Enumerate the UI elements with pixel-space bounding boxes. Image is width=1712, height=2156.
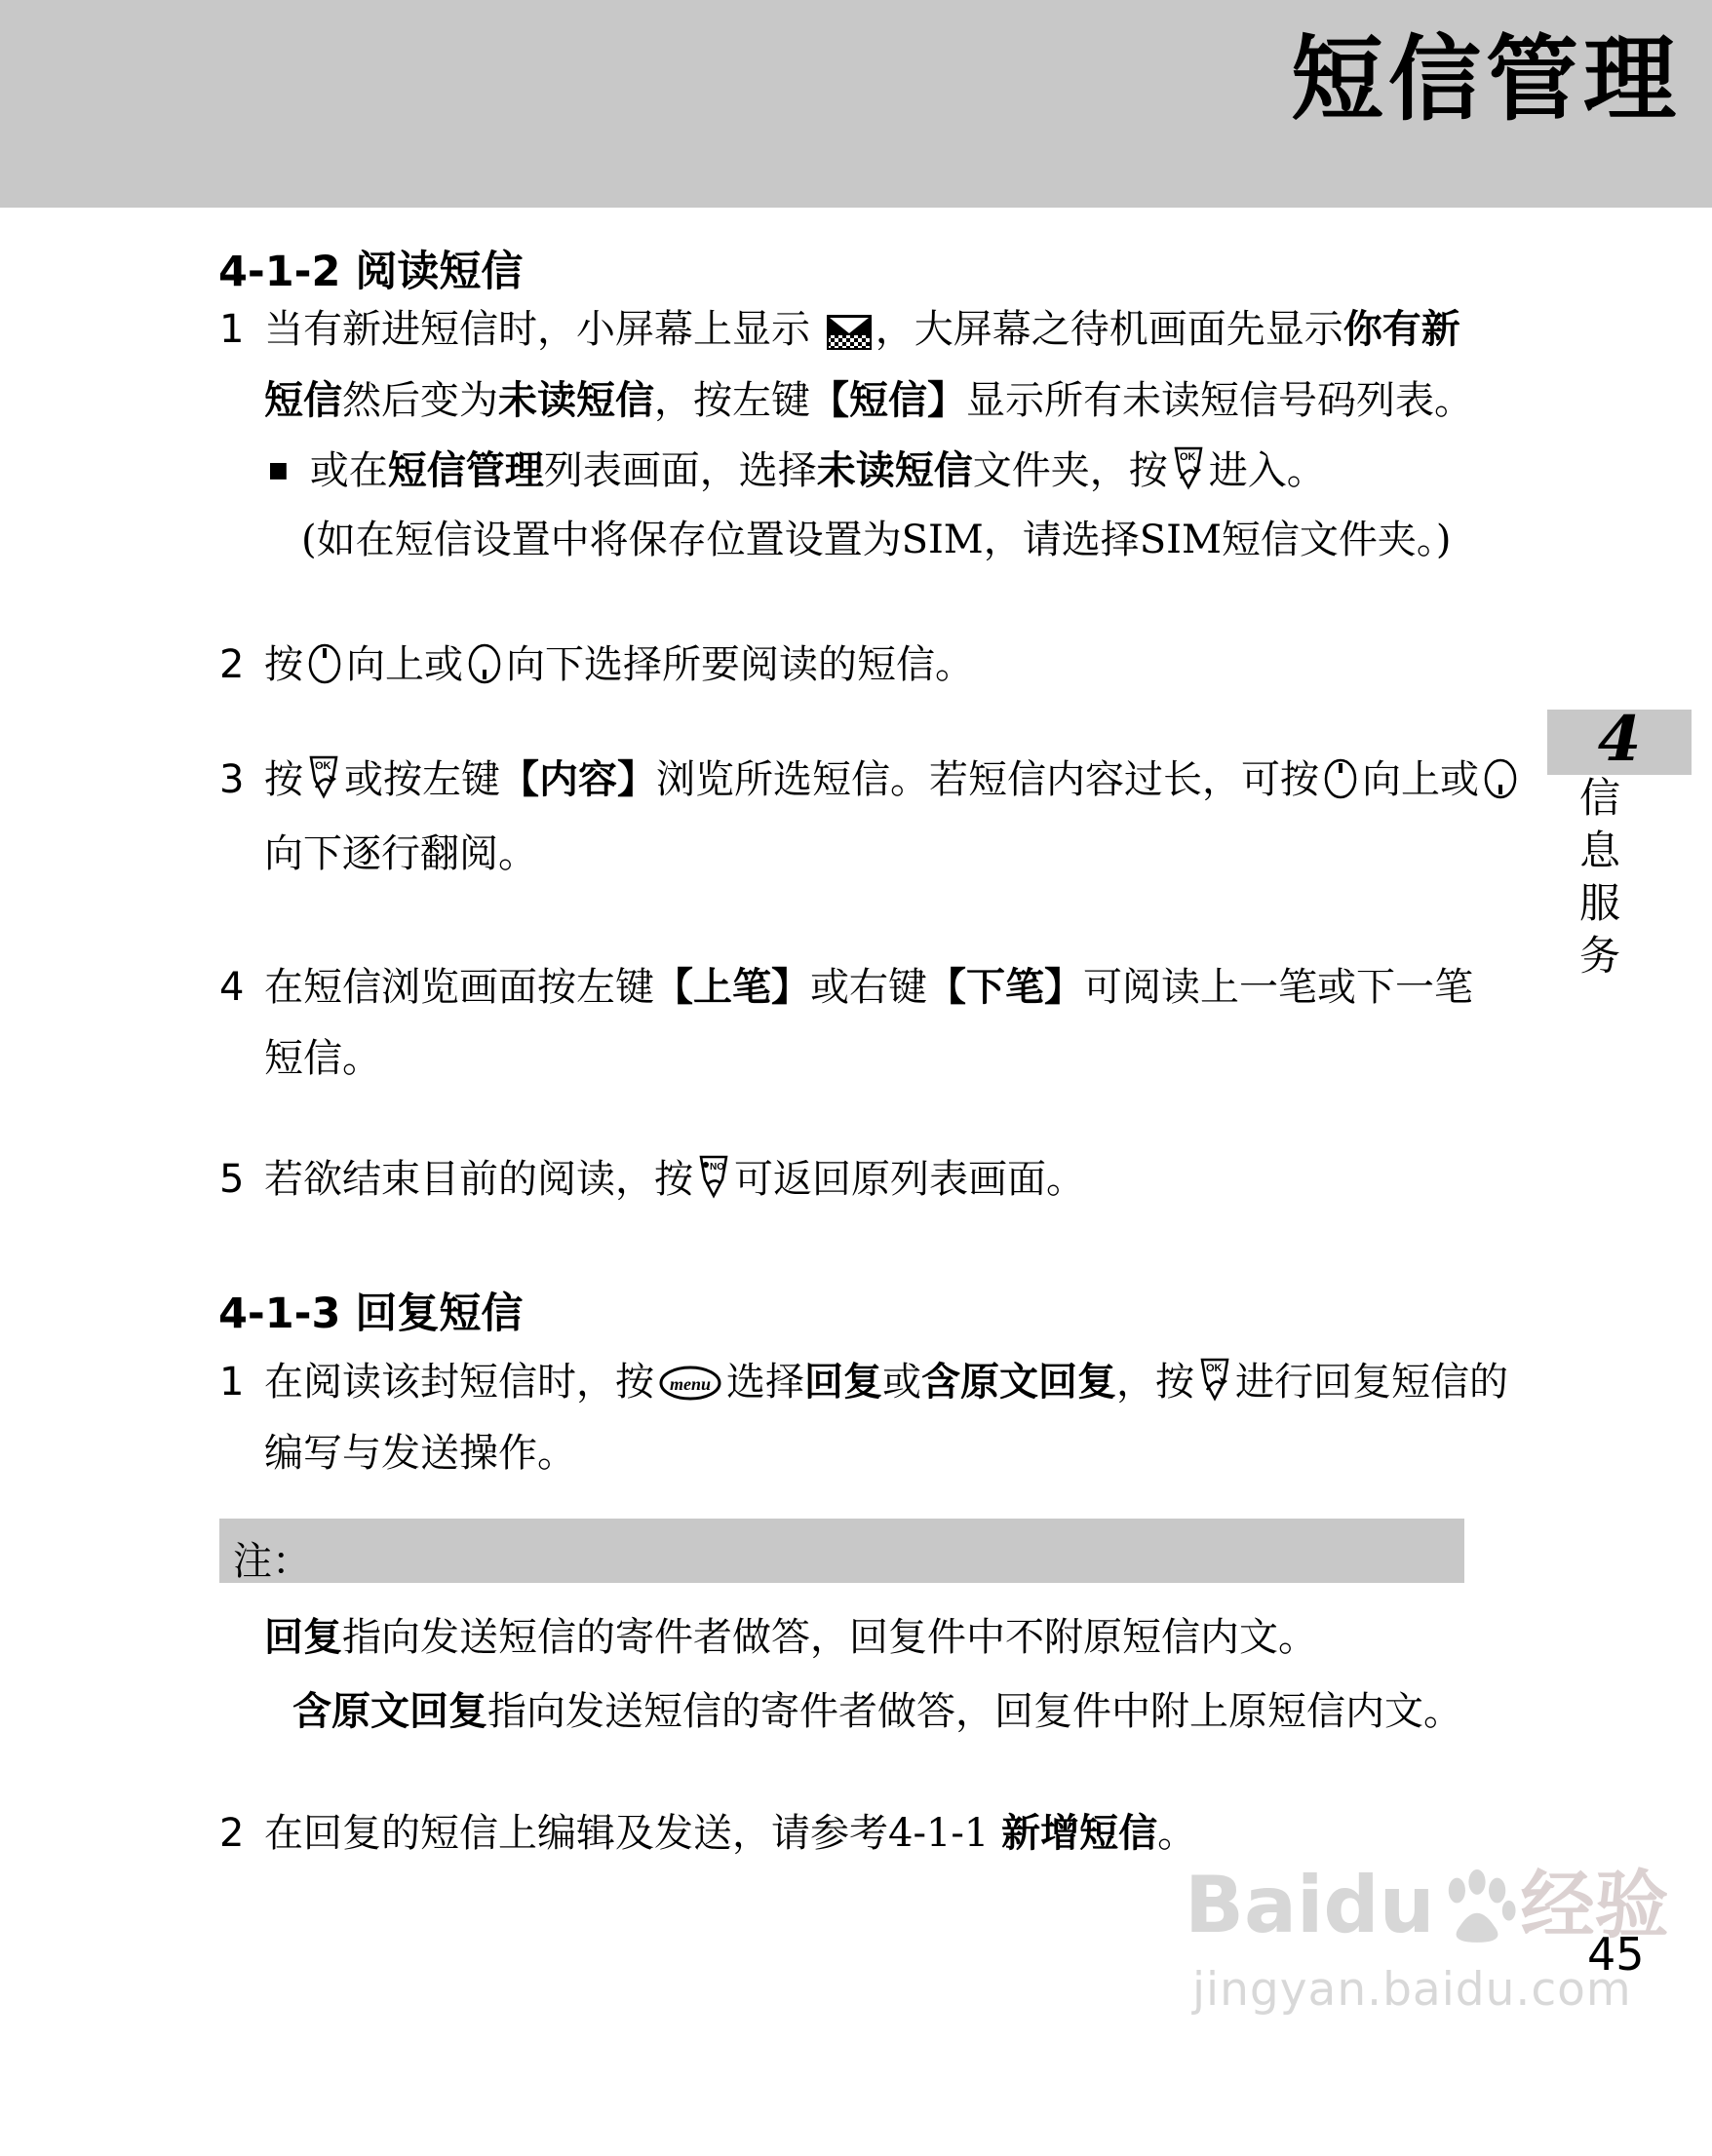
page-title: 短信管理 xyxy=(1291,29,1681,132)
item-text: 若欲结束目前的阅读，按 NO 可返回原列表画面。 xyxy=(264,1157,1085,1202)
section-heading-read-sms: 4-1-2 阅读短信 xyxy=(218,239,523,298)
item-text: 短信然后变为未读短信，按左键【短信】显示所有未读短信号码列表。 xyxy=(264,378,1473,423)
nav-up-key-icon xyxy=(1323,757,1358,800)
nav-down-key-icon xyxy=(1483,757,1518,800)
list-item-line: 5若欲结束目前的阅读，按 NO 可返回原列表画面。 xyxy=(219,1148,1085,1204)
list-item-line: 3按 OK 或按左键【内容】浏览所选短信。若短信内容过长，可按 向上或 xyxy=(219,749,1522,804)
no-key-icon: NO xyxy=(697,1153,730,1200)
ok-key-icon: OK xyxy=(307,753,340,800)
item-text: 按 OK 或按左键【内容】浏览所选短信。若短信内容过长，可按 向上或 xyxy=(264,757,1522,802)
item-text: 在回复的短信上编辑及发送，请参考4-1-1 新增短信。 xyxy=(264,1811,1196,1856)
new-message-envelope-icon xyxy=(827,315,872,350)
note-text: 含原文回复指向发送短信的寄件者做答，回复件中附上原短信内文。 xyxy=(292,1689,1462,1734)
manual-page: 短信管理 4-1-2 阅读短信 1当有新进短信时，小屏幕上显示 ，大屏幕之待机画… xyxy=(0,0,1712,2156)
item-text: 短信。 xyxy=(264,1036,381,1081)
chapter-number: 4 xyxy=(1547,710,1692,770)
list-item-line: 编写与发送操作。 xyxy=(264,1422,576,1478)
item-number: 5 xyxy=(219,1157,264,1202)
baidu-paw-icon xyxy=(1435,1864,1519,1947)
list-item-line: 向下逐行翻阅。 xyxy=(264,823,537,878)
menu-key-icon: menu xyxy=(658,1364,722,1403)
item-number: 1 xyxy=(219,307,264,352)
bullet-text: 或在短信管理列表画面，选择未读短信文件夹，按 OK 进入。 xyxy=(310,448,1326,493)
item-text: 在短信浏览画面按左键【上笔】或右键【下笔】可阅读上一笔或下一笔 xyxy=(264,965,1473,1010)
item-text: 向下逐行翻阅。 xyxy=(264,831,537,876)
item-text: 当有新进短信时，小屏幕上显示 ，大屏幕之待机画面先显示你有新 xyxy=(264,307,1460,352)
item-number: 4 xyxy=(219,965,264,1010)
nav-up-key-icon xyxy=(307,642,342,685)
note-label: 注： xyxy=(233,1530,311,1586)
header-band: 短信管理 xyxy=(0,0,1712,208)
watermark-brand-text: Baidu xyxy=(1185,1867,1435,1944)
item-number: 3 xyxy=(219,757,264,802)
list-item-line: 1在阅读该封短信时，按 menu 选择回复或含原文回复，按 OK 进行回复短信的 xyxy=(219,1351,1508,1406)
section-heading-reply-sms: 4-1-3 回复短信 xyxy=(218,1281,523,1340)
page-number: 45 xyxy=(1587,1928,1645,1981)
svg-text:OK: OK xyxy=(315,760,331,772)
ok-key-icon: OK xyxy=(1198,1356,1231,1403)
parenthetical-text: (如在短信设置中将保存位置设置为SIM，请选择SIM短信文件夹。) xyxy=(301,518,1452,562)
bullet-line: ■或在短信管理列表画面，选择未读短信文件夹，按 OK 进入。 xyxy=(268,440,1326,495)
svg-text:menu: menu xyxy=(670,1374,711,1394)
list-item-line: 1当有新进短信时，小屏幕上显示 ，大屏幕之待机画面先显示你有新 xyxy=(219,298,1460,354)
chapter-title-vertical: 信息服务 xyxy=(1572,776,1622,1010)
svg-text:OK: OK xyxy=(1206,1363,1223,1374)
svg-text:NO: NO xyxy=(710,1162,724,1173)
list-item-line: 短信。 xyxy=(264,1027,381,1083)
chapter-tab: 4 xyxy=(1547,710,1692,775)
list-item-line: 4在短信浏览画面按左键【上笔】或右键【下笔】可阅读上一笔或下一笔 xyxy=(219,956,1473,1012)
note-line: 含原文回复指向发送短信的寄件者做答，回复件中附上原短信内文。 xyxy=(292,1680,1462,1736)
note-text: 回复指向发送短信的寄件者做答，回复件中不附原短信内文。 xyxy=(264,1615,1317,1660)
item-number: 1 xyxy=(219,1360,264,1405)
item-text: 在阅读该封短信时，按 menu 选择回复或含原文回复，按 OK 进行回复短信的 xyxy=(264,1360,1508,1405)
note-line: 回复指向发送短信的寄件者做答，回复件中不附原短信内文。 xyxy=(264,1606,1317,1662)
item-text: 编写与发送操作。 xyxy=(264,1431,576,1476)
bullet-square-icon: ■ xyxy=(268,458,289,482)
list-item-line: 2按 向上或 向下选择所要阅读的短信。 xyxy=(219,634,974,689)
item-text: 按 向上或 向下选择所要阅读的短信。 xyxy=(264,642,974,687)
parenthetical-line: (如在短信设置中将保存位置设置为SIM，请选择SIM短信文件夹。) xyxy=(301,509,1452,564)
list-item-line: 短信然后变为未读短信，按左键【短信】显示所有未读短信号码列表。 xyxy=(264,369,1473,425)
item-number: 2 xyxy=(219,1811,264,1856)
svg-text:OK: OK xyxy=(1180,451,1196,463)
item-number: 2 xyxy=(219,642,264,687)
ok-key-icon: OK xyxy=(1172,444,1205,491)
note-bar: 注： xyxy=(219,1519,1464,1583)
list-item-line: 2在回复的短信上编辑及发送，请参考4-1-1 新增短信。 xyxy=(219,1802,1196,1858)
nav-down-key-icon xyxy=(467,642,502,685)
